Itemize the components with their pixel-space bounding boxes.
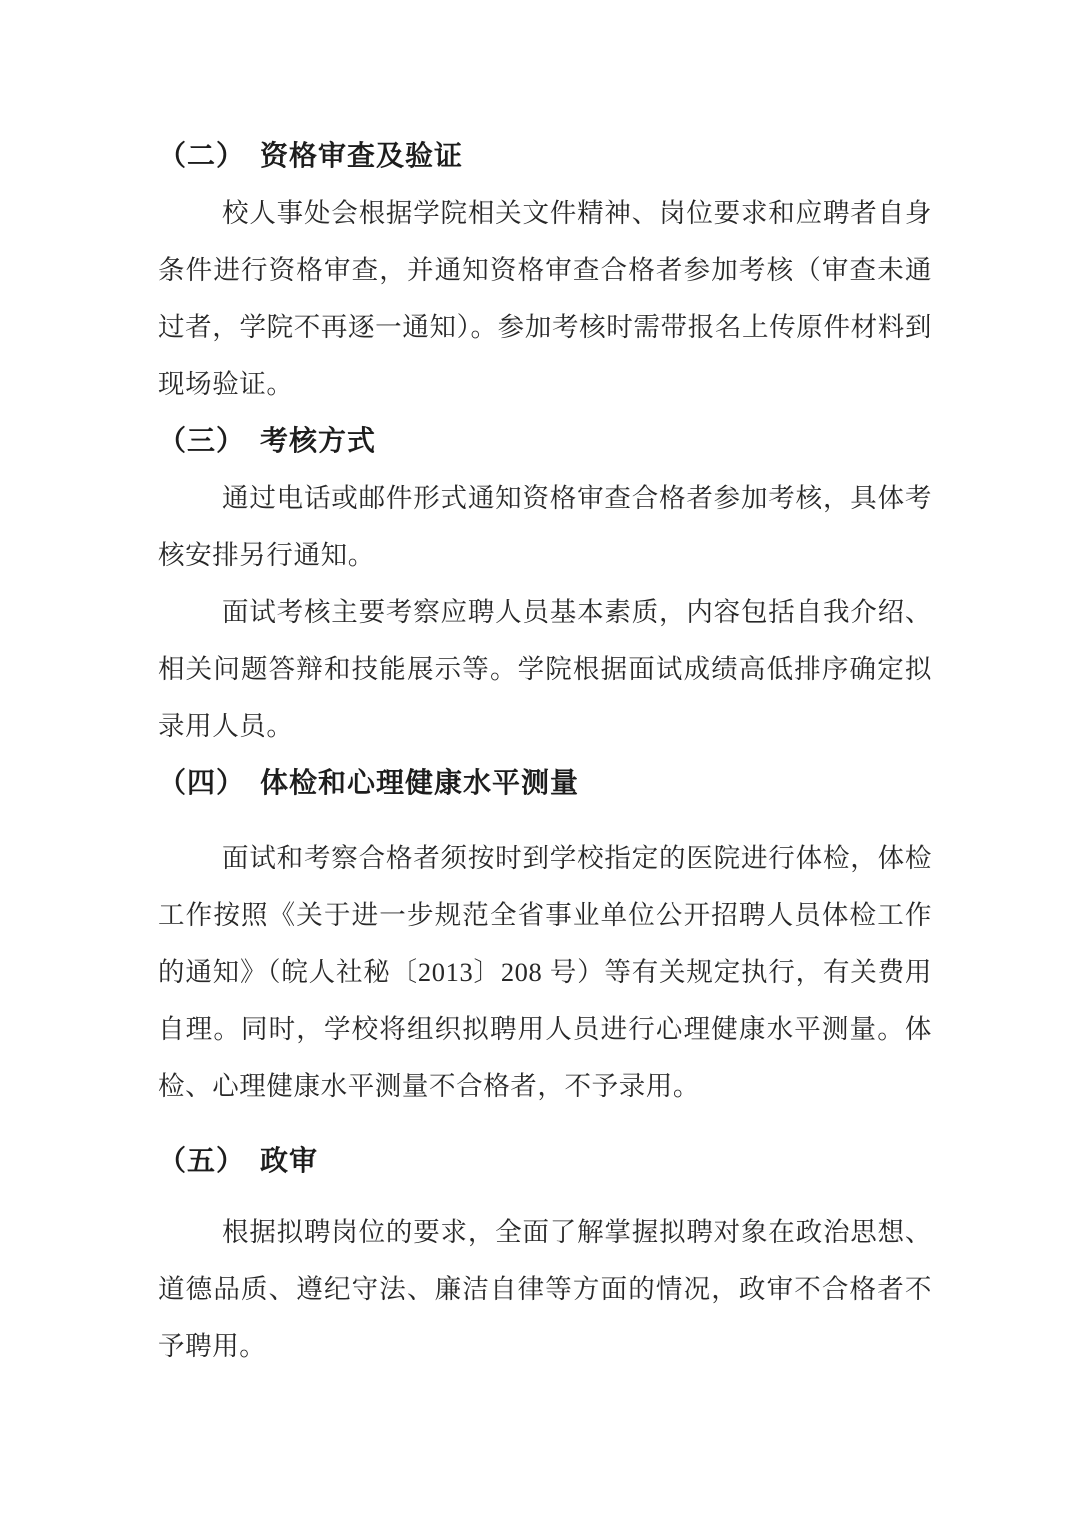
section-heading: （三） 考核方式 [158,413,932,470]
section-heading: （五） 政审 [158,1133,932,1190]
section-paragraph: 面试考核主要考察应聘人员基本素质，内容包括自我介绍、相关问题答辩和技能展示等。学… [158,584,932,755]
section-paragraph: 通过电话或邮件形式通知资格审查合格者参加考核，具体考核安排另行通知。 [158,470,932,584]
section-paragraph: 校人事处会根据学院相关文件精神、岗位要求和应聘者自身条件进行资格审查，并通知资格… [158,185,932,413]
document-content: （二） 资格审查及验证校人事处会根据学院相关文件精神、岗位要求和应聘者自身条件进… [158,128,932,1375]
section-heading: （二） 资格审查及验证 [158,128,932,185]
section-paragraph: 根据拟聘岗位的要求，全面了解掌握拟聘对象在政治思想、道德品质、遵纪守法、廉洁自律… [158,1204,932,1375]
document-page: （二） 资格审查及验证校人事处会根据学院相关文件精神、岗位要求和应聘者自身条件进… [0,0,1080,1527]
section-paragraph: 面试和考察合格者须按时到学校指定的医院进行体检，体检工作按照《关于进一步规范全省… [158,830,932,1115]
section-heading: （四） 体检和心理健康水平测量 [158,755,932,812]
